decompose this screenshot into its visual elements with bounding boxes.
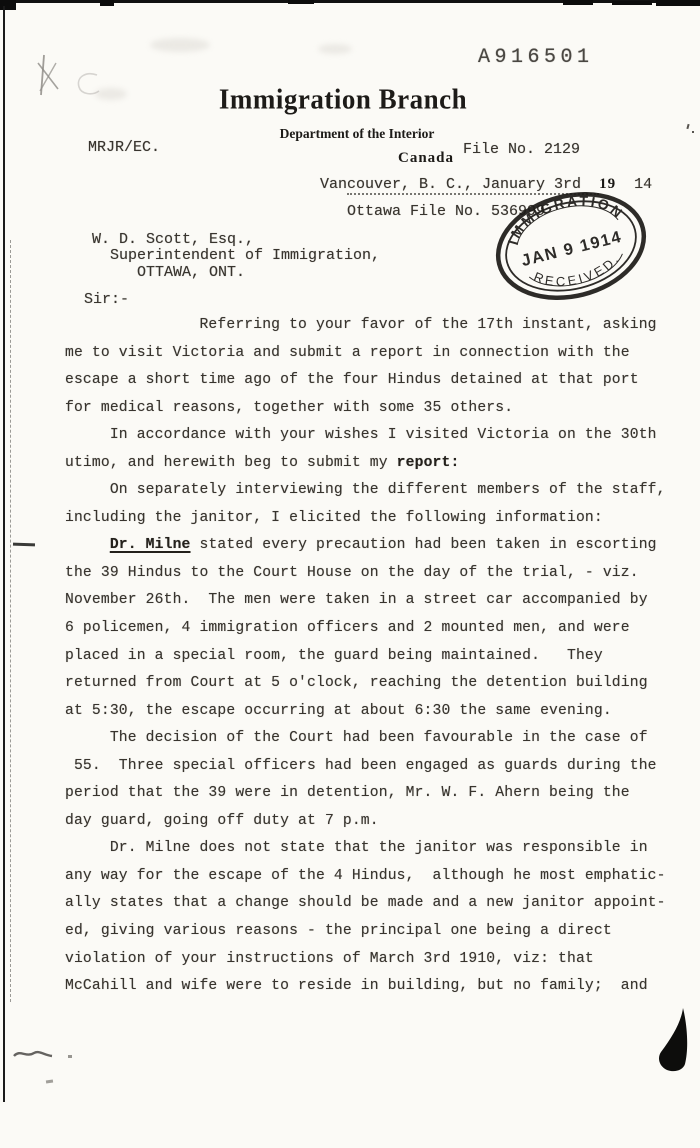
recipient-address-block: W. D. Scott, Esq., Superintendent of Imm…: [65, 232, 380, 281]
letter-line: at 5:30, the escape occurring at about 6…: [65, 698, 666, 726]
salutation: Sir:-: [84, 291, 129, 308]
ink-speck: [46, 1080, 53, 1084]
scanned-letter-page: A916501 Immigration Branch Department of…: [0, 0, 700, 1148]
corner-file-number: A916501: [478, 46, 594, 69]
recipient-line: Superintendent of Immigration,: [65, 248, 380, 264]
letter-line: 55. Three special officers had been enga…: [65, 753, 666, 781]
letter-line: On separately interviewing the different…: [65, 477, 666, 505]
letter-line: placed in a special room, the guard bein…: [65, 643, 666, 671]
letter-line: In accordance with your wishes I visited…: [65, 422, 666, 450]
letter-line: returned from Court at 5 o'clock, reachi…: [65, 670, 666, 698]
letter-line: 6 policemen, 4 immigration officers and …: [65, 615, 666, 643]
country-name: Canada: [398, 150, 454, 167]
paper-smudge: [318, 44, 352, 54]
letter-line: escape a short time ago of the four Hind…: [65, 367, 666, 395]
scan-border-left-dashes: [10, 240, 11, 1002]
recipient-line: W. D. Scott, Esq.,: [65, 232, 380, 248]
file-number: File No. 2129: [463, 141, 580, 158]
letter-line: period that the 39 were in detention, Mr…: [65, 780, 666, 808]
scan-border-blotch: [656, 0, 700, 6]
letter-line: for medical reasons, together with some …: [65, 395, 666, 423]
letter-line: ed, giving various reasons - the princip…: [65, 918, 666, 946]
letter-body: Referring to your favor of the 17th inst…: [65, 312, 666, 1001]
scan-border-left: [3, 6, 5, 1102]
office-reference: MRJR/EC.: [88, 139, 160, 156]
recipient-line: OTTAWA, ONT.: [65, 265, 380, 281]
letter-line: ally states that a change should be made…: [65, 890, 666, 918]
bottom-smudge-mark: [12, 1046, 56, 1064]
branch-title: Immigration Branch: [0, 83, 686, 115]
scan-border-blotch: [288, 0, 314, 4]
scan-border-blotch: [563, 0, 593, 5]
letter-line: November 26th. The men were taken in a s…: [65, 587, 666, 615]
letter-line: including the janitor, I elicited the fo…: [65, 505, 666, 533]
ink-blot: [645, 1008, 693, 1078]
scan-border-blotch: [612, 1, 652, 5]
letter-line: Referring to your favor of the 17th inst…: [65, 312, 666, 340]
letter-line: me to visit Victoria and submit a report…: [65, 340, 666, 368]
letter-line: any way for the escape of the 4 Hindus, …: [65, 863, 666, 891]
letter-line: Dr. Milne does not state that the janito…: [65, 835, 666, 863]
letter-line: utimo, and herewith beg to submit my rep…: [65, 450, 666, 478]
paper-smudge: [150, 38, 210, 52]
letter-line: Dr. Milne stated every precaution had be…: [65, 532, 666, 560]
letter-line: McCahill and wife were to reside in buil…: [65, 973, 666, 1001]
letter-line: The decision of the Court had been favou…: [65, 725, 666, 753]
ink-speck: [68, 1055, 72, 1058]
letter-line: day guard, going off duty at 7 p.m.: [65, 808, 666, 836]
margin-tick-mark: [13, 543, 35, 546]
letter-line: violation of your instructions of March …: [65, 946, 666, 974]
received-date-stamp: IMMIGRATION JAN 9 1914 RECEIVED.: [486, 182, 656, 312]
scan-border-blotch: [100, 0, 114, 6]
letter-line: the 39 Hindus to the Court House on the …: [65, 560, 666, 588]
